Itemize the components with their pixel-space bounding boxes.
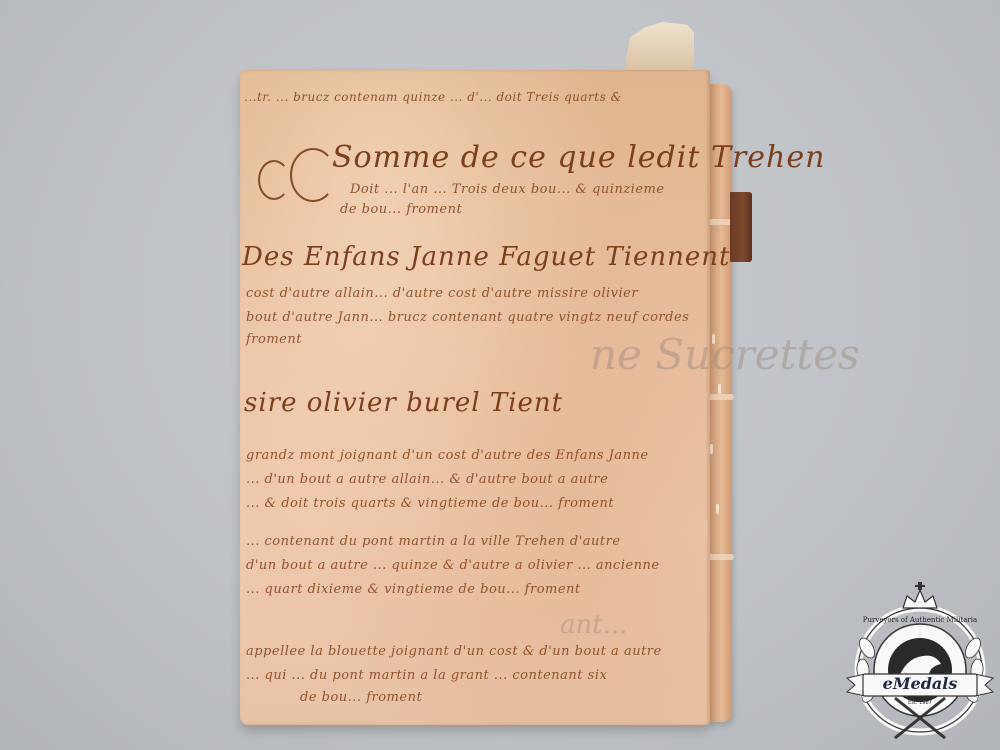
manuscript-line: grandz mont joignant d'un cost d'autre d… — [246, 448, 649, 463]
heading-olivier: sire olivier burel Tient — [244, 388, 563, 418]
emedals-est: Est. 1987 — [845, 700, 995, 706]
manuscript-line: appellee la blouette joignant d'un cost … — [246, 644, 662, 659]
book-cover: ...tr. ... brucz contenam quinze ... d'.… — [240, 70, 710, 725]
manuscript-line: ... quart dixieme & vingtieme de bou... … — [246, 582, 581, 597]
paper-slip — [624, 22, 694, 74]
faint-marginalia: ne Sucrettes — [590, 330, 860, 379]
spine-wear — [716, 504, 719, 514]
emedals-brand: eMedals — [845, 674, 995, 693]
manuscript-line: bout d'autre Jann... brucz contenant qua… — [246, 310, 689, 325]
manuscript-line: ... qui ... du pont martin a la grant ..… — [246, 668, 607, 683]
manuscript-line: ... & doit trois quarts & vingtieme de b… — [246, 496, 614, 511]
manuscript-line: Doit ... l'an ... Trois deux bou... & qu… — [350, 182, 665, 197]
manuscript-line: d'un bout a autre ... quinze & d'autre a… — [246, 558, 660, 573]
faint-marginalia: ant... — [560, 610, 628, 640]
spine-wear — [718, 384, 721, 394]
spine-label — [730, 192, 752, 262]
emedals-brand-text: eMedals — [883, 674, 958, 693]
flourish — [258, 160, 290, 200]
heading-somme: Somme de ce que ledit Trehen — [332, 140, 825, 175]
manuscript-line: ... contenant du pont martin a la ville … — [246, 534, 621, 549]
manuscript-line: cost d'autre allain... d'autre cost d'au… — [246, 286, 638, 301]
emedals-motto: Purveyors of Authentic Militaria — [845, 616, 995, 624]
emedals-badge-icon — [845, 578, 995, 748]
flourish — [290, 148, 336, 202]
manuscript-line: froment — [246, 332, 302, 347]
manuscript-top-line: ...tr. ... brucz contenam quinze ... d'.… — [244, 90, 622, 104]
manuscript-line: de bou... froment — [300, 690, 422, 705]
manuscript-line: de bou... froment — [340, 202, 462, 217]
spine-wear — [710, 444, 713, 454]
emedals-watermark: eMedals Est. 1987 Purveyors of Authentic… — [845, 578, 995, 748]
photo: ...tr. ... brucz contenam quinze ... d'.… — [0, 0, 1000, 750]
manuscript-line: ... d'un bout a autre allain... & d'autr… — [246, 472, 608, 487]
heading-enfans: Des Enfans Janne Faguet Tiennent — [242, 242, 731, 272]
